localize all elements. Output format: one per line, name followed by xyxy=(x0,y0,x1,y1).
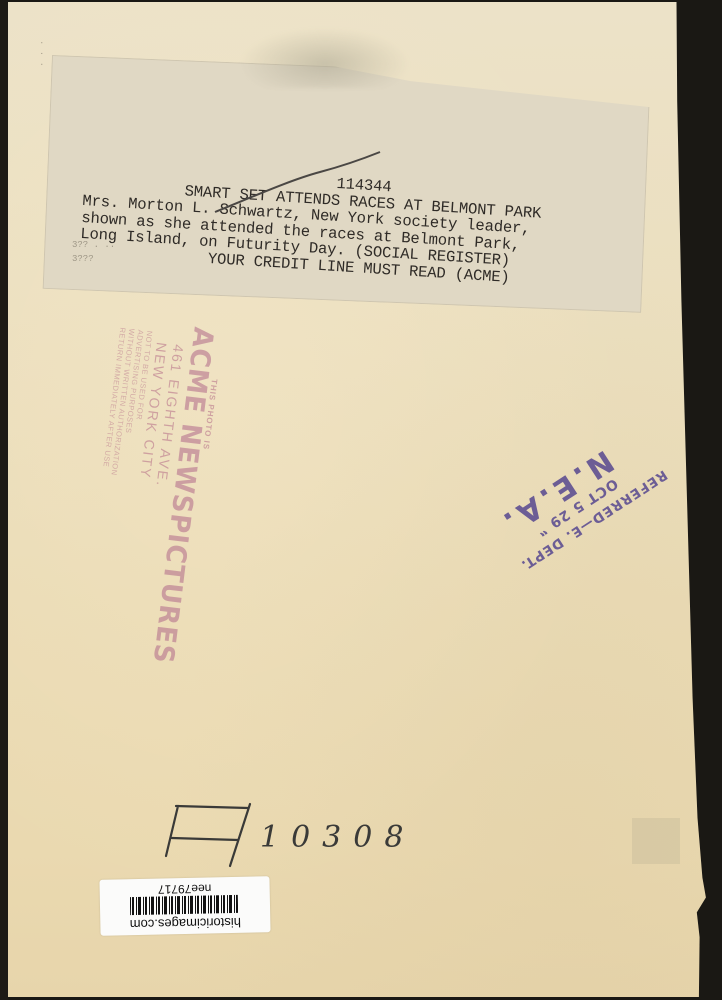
glue-stain xyxy=(240,28,410,88)
handwritten-letter-icon xyxy=(160,800,260,870)
handwritten-number: 10308 xyxy=(260,820,415,855)
sticker-code: nee79717 xyxy=(100,880,270,898)
paper-stain xyxy=(632,818,680,864)
pen-strike-icon xyxy=(210,150,385,220)
barcode-icon xyxy=(130,895,238,915)
faint-mark-2: 3??? xyxy=(72,254,94,264)
background-edge xyxy=(0,0,9,1000)
margin-pencil-marks: . . . xyxy=(38,40,48,67)
handwritten-file-number: 10308 xyxy=(160,800,420,870)
sticker-website: historicimages.com xyxy=(100,914,270,933)
barcode-sticker: historicimages.com nee79717 xyxy=(99,876,270,936)
slip-faint-marks: 3?? . .. 3??? xyxy=(72,238,115,266)
faint-mark-1: 3?? . .. xyxy=(72,240,115,250)
